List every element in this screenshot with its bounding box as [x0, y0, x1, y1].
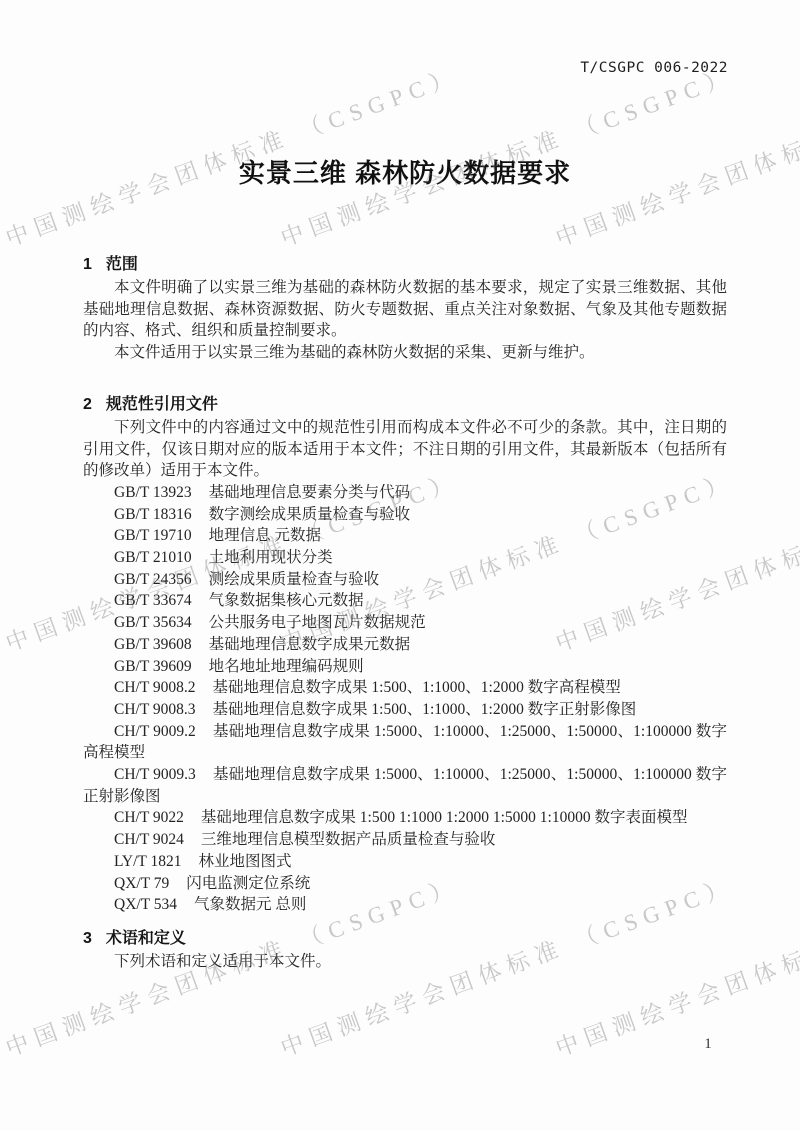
reference-title: 基础地理信息数字成果 1:500、1:1000、1:2000 数字高程模型 — [213, 679, 621, 696]
section-number: 2 — [83, 396, 92, 413]
reference-code: GB/T 33674 — [114, 592, 192, 609]
reference-item: GB/T 21010土地利用现状分类 — [83, 547, 727, 569]
reference-item: LY/T 1821林业地图图式 — [83, 851, 727, 873]
reference-code: GB/T 24356 — [114, 571, 192, 588]
reference-title: 气象数据元 总则 — [194, 896, 306, 913]
reference-item: CH/T 9022基础地理信息数字成果 1:500 1:1000 1:2000 … — [83, 807, 727, 829]
normative-references-intro: 下列文件中的内容通过文中的规范性引用而构成本文件必不可少的条款。其中，注日期的引… — [83, 417, 727, 482]
reference-code: GB/T 35634 — [114, 614, 192, 631]
reference-code: GB/T 39609 — [114, 658, 192, 675]
reference-code: CH/T 9022 — [114, 809, 184, 826]
section-heading-scope: 1范围 — [83, 253, 727, 277]
reference-item: GB/T 24356测绘成果质量检查与验收 — [83, 569, 727, 591]
page-title: 实景三维 森林防火数据要求 — [83, 157, 727, 189]
terms-paragraph: 下列术语和定义适用于本文件。 — [83, 951, 727, 973]
section-heading-normative-references: 2规范性引用文件 — [83, 393, 727, 417]
reference-title: 基础地理信息数字成果 1:500、1:1000、1:2000 数字正射影像图 — [213, 701, 637, 718]
reference-code: QX/T 534 — [114, 896, 177, 913]
reference-code: CH/T 9008.2 — [114, 679, 196, 696]
reference-title: 数字测绘成果质量检查与验收 — [209, 506, 411, 523]
section-heading-terms: 3术语和定义 — [83, 927, 727, 951]
reference-title: 闪电监测定位系统 — [186, 875, 310, 892]
reference-code: GB/T 21010 — [114, 549, 192, 566]
standard-document-page: T/CSGPC 006-2022 实景三维 森林防火数据要求 1范围 本文件明确… — [0, 0, 800, 1131]
reference-title: 地名地址地理编码规则 — [209, 658, 364, 675]
reference-item: GB/T 39609地名地址地理编码规则 — [83, 656, 727, 678]
scope-paragraph-1: 本文件明确了以实景三维为基础的森林防火数据的基本要求，规定了实景三维数据、其他基… — [83, 277, 727, 342]
section-label: 术语和定义 — [106, 930, 186, 947]
reference-code: QX/T 79 — [114, 875, 169, 892]
reference-title: 气象数据集核心元数据 — [209, 592, 364, 609]
reference-title: 基础地理信息要素分类与代码 — [209, 484, 411, 501]
scope-paragraph-2: 本文件适用于以实景三维为基础的森林防火数据的采集、更新与维护。 — [83, 342, 727, 364]
page-content: 实景三维 森林防火数据要求 1范围 本文件明确了以实景三维为基础的森林防火数据的… — [83, 0, 727, 973]
reference-code: CH/T 9009.3 — [114, 766, 196, 783]
reference-title: 基础地理信息数字成果元数据 — [209, 636, 411, 653]
section-number: 1 — [83, 256, 92, 273]
reference-item: GB/T 39608基础地理信息数字成果元数据 — [83, 634, 727, 656]
page-number: 1 — [698, 1036, 718, 1053]
reference-code: LY/T 1821 — [114, 853, 181, 870]
reference-item: GB/T 18316数字测绘成果质量检查与验收 — [83, 504, 727, 526]
reference-title: 地理信息 元数据 — [209, 527, 321, 544]
section-label: 范围 — [106, 256, 138, 273]
section-label: 规范性引用文件 — [106, 396, 218, 413]
reference-item: GB/T 13923基础地理信息要素分类与代码 — [83, 482, 727, 504]
reference-code: CH/T 9009.2 — [114, 723, 196, 740]
reference-title: 土地利用现状分类 — [209, 549, 333, 566]
section-number: 3 — [83, 930, 92, 947]
reference-item: CH/T 9008.3基础地理信息数字成果 1:500、1:1000、1:200… — [83, 699, 727, 721]
reference-title: 基础地理信息数字成果 1:500 1:1000 1:2000 1:5000 1:… — [201, 809, 688, 826]
reference-item: GB/T 35634公共服务电子地图瓦片数据规范 — [83, 612, 727, 634]
reference-code: CH/T 9008.3 — [114, 701, 196, 718]
reference-list: GB/T 13923基础地理信息要素分类与代码 GB/T 18316数字测绘成果… — [83, 482, 727, 916]
reference-item: QX/T 79闪电监测定位系统 — [83, 873, 727, 895]
reference-code: CH/T 9024 — [114, 831, 184, 848]
reference-item: QX/T 534气象数据元 总则 — [83, 894, 727, 916]
reference-item: CH/T 9008.2基础地理信息数字成果 1:500、1:1000、1:200… — [83, 677, 727, 699]
reference-title: 林业地图图式 — [198, 853, 291, 870]
reference-title: 测绘成果质量检查与验收 — [209, 571, 380, 588]
reference-item: CH/T 9024三维地理信息模型数据产品质量检查与验收 — [83, 829, 727, 851]
reference-code: GB/T 19710 — [114, 527, 192, 544]
reference-code: GB/T 18316 — [114, 506, 192, 523]
reference-item: CH/T 9009.2基础地理信息数字成果 1:5000、1:10000、1:2… — [83, 721, 727, 764]
reference-title: 公共服务电子地图瓦片数据规范 — [209, 614, 426, 631]
reference-title: 三维地理信息模型数据产品质量检查与验收 — [201, 831, 496, 848]
reference-item: CH/T 9009.3基础地理信息数字成果 1:5000、1:10000、1:2… — [83, 764, 727, 807]
reference-code: GB/T 13923 — [114, 484, 192, 501]
reference-item: GB/T 33674气象数据集核心元数据 — [83, 590, 727, 612]
reference-code: GB/T 39608 — [114, 636, 192, 653]
reference-item: GB/T 19710地理信息 元数据 — [83, 525, 727, 547]
